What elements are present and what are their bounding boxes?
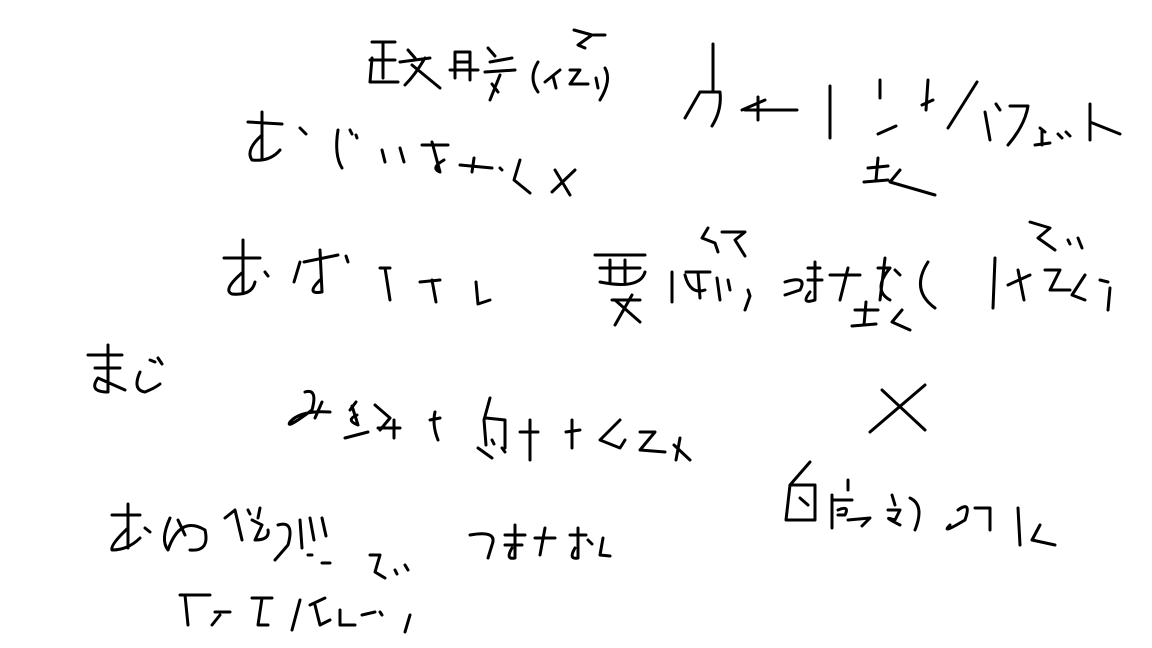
note-tsumatomo-2: つまもと bbox=[470, 532, 590, 562]
note-ojiichan: おじいちゃん× bbox=[245, 125, 450, 155]
note-mago: まご bbox=[85, 355, 145, 385]
note-jibun-kara-mikan: 自色からみかん bbox=[785, 488, 995, 518]
note-mizuto-ketto: みずと+ 息子+むすめ bbox=[290, 410, 590, 440]
note-youhai: 要(はい) bbox=[595, 262, 708, 292]
note-youhai-annotation: えっ bbox=[705, 228, 733, 242]
note-kaisha-annotation: えっ bbox=[1040, 220, 1068, 234]
note-kaisha: (かしこく) bbox=[990, 268, 1133, 298]
note-txt-ishii: Tx T(えしい) bbox=[180, 595, 357, 625]
note-seiken: 政権(交代) bbox=[365, 45, 508, 75]
note-tsumatomo-annotation: さん bbox=[855, 305, 883, 319]
note-cross-mark: × bbox=[870, 392, 895, 422]
note-warren-buffett: ウォーレン・バフェット bbox=[685, 90, 1011, 120]
note-seiken-annotation: えつ bbox=[570, 28, 598, 42]
drawing-canvas[interactable]: 政権(交代) えつ ウォーレン・バフェット さん おじいちゃん× おばちゃん 要… bbox=[0, 0, 1152, 648]
note-txt-ishii-annotation: えっ bbox=[368, 555, 396, 569]
note-obachan: おばちゃん bbox=[220, 258, 370, 288]
note-warren-buffett-annotation: さん bbox=[865, 165, 893, 179]
note-tsumatomo: つまともと bbox=[785, 265, 935, 295]
note-omedetou: おめでとう!! bbox=[110, 515, 284, 545]
